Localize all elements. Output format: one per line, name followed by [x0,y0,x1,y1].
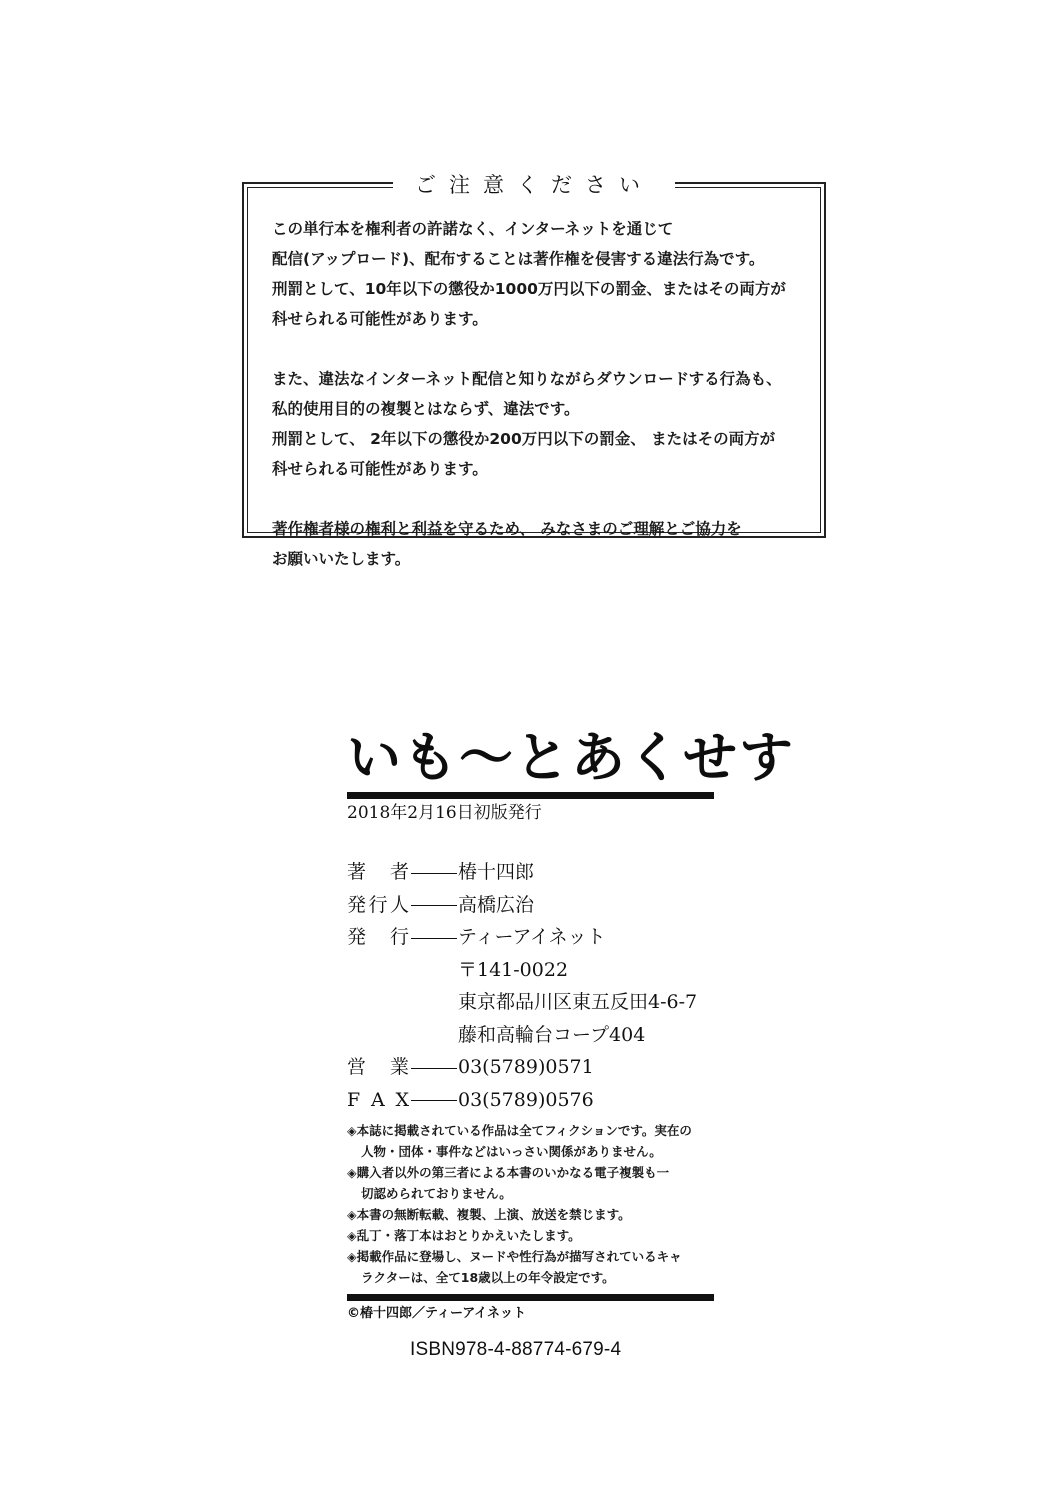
notice-line: 配信(アップロード)、配布することは著作権を侵害する違法行為です。 [272,244,804,274]
legal-notes: ◈本誌に掲載されている作品は全てフィクションです。実在の 人物・団体・事件などは… [347,1120,715,1288]
address-postal-code: 〒141-0022 [347,954,715,987]
credit-label: 発 行 人 [347,889,409,922]
isbn: ISBN978-4-88774-679-4 [347,1339,715,1361]
book-title: いも～とあくせす [347,722,715,792]
notice-paragraph-upload: この単行本を権利者の許諾なく、インターネットを通じて 配信(アップロード)、配布… [272,214,804,334]
bottom-rule [347,1294,714,1301]
notice-line: 刑罰として、 2年以下の懲役か200万円以下の罰金、 またはその両方が [272,424,804,454]
notice-line: 私的使用目的の複製とはならず、違法です。 [272,394,804,424]
credit-publisher: 発 行 ティーアイネット [347,921,715,954]
note-digital-copy: ◈購入者以外の第三者による本書のいかなる電子複製も一 切認められておりません。 [347,1162,715,1204]
address-line-1: 東京都品川区東五反田4-6-7 [347,986,715,1019]
address-line-2: 藤和高輪台コープ404 [347,1019,715,1052]
credit-value: 高橋広治 [458,889,534,922]
contact-fax: F A X 03(5789)0576 [347,1084,715,1117]
notice-line: 刑罰として、10年以下の懲役か1000万円以下の罰金、またはその両方が [272,274,804,304]
note-age-setting: ◈掲載作品に登場し、ヌードや性行為が描写されているキャ ラクターは、全て18歳以… [347,1246,715,1288]
title-rule [347,792,714,799]
notice-line: この単行本を権利者の許諾なく、インターネットを通じて [272,214,804,244]
dash-divider [411,1100,457,1101]
colophon: いも～とあくせす 2018年2月16日初版発行 著 者 椿十四郎 発 行 人 高… [347,722,715,1361]
credit-label: 発 行 [347,921,409,954]
notice-paragraph-download: また、違法なインターネット配信と知りながらダウンロードする行為も、 私的使用目的… [272,364,804,484]
contact-sales: 営 業 03(5789)0571 [347,1051,715,1084]
dash-divider [411,938,457,939]
credit-label: 営 業 [347,1051,409,1084]
note-defective-copies: ◈乱丁・落丁本はおとりかえいたします。 [347,1225,715,1246]
notice-line: また、違法なインターネット配信と知りながらダウンロードする行為も、 [272,364,804,394]
credit-author: 著 者 椿十四郎 [347,856,715,889]
notice-line: お願いいたします。 [272,544,804,574]
credit-publisher-person: 発 行 人 高橋広治 [347,889,715,922]
edition-date: 2018年2月16日初版発行 [347,800,715,826]
notice-body: この単行本を権利者の許諾なく、インターネットを通じて 配信(アップロード)、配布… [272,214,804,574]
notice-line: 著作権者様の権利と利益を守るため、 みなさまのご理解とご協力を [272,514,804,544]
dash-divider [411,905,457,906]
notice-paragraph-request: 著作権者様の権利と利益を守るため、 みなさまのご理解とご協力を お願いいたします… [272,514,804,574]
phone-number: 03(5789)0571 [458,1051,594,1084]
note-reproduction: ◈本書の無断転載、複製、上演、放送を禁じます。 [347,1204,715,1225]
note-fiction: ◈本誌に掲載されている作品は全てフィクションです。実在の 人物・団体・事件などは… [347,1120,715,1162]
notice-title: ご注意ください [393,169,675,199]
copyright-line: ©椿十四郎／ティーアイネット [347,1301,715,1327]
copyright-notice-box: ご注意ください この単行本を権利者の許諾なく、インターネットを通じて 配信(アッ… [242,182,826,538]
credit-value: ティーアイネット [458,921,606,954]
credits: 著 者 椿十四郎 発 行 人 高橋広治 発 行 ティーアイネット 〒141-00… [347,856,715,1116]
dash-divider [411,873,457,874]
notice-line: 科せられる可能性があります。 [272,454,804,484]
credit-label: 著 者 [347,856,409,889]
notice-line: 科せられる可能性があります。 [272,304,804,334]
credit-label: F A X [347,1084,409,1117]
dash-divider [411,1068,457,1069]
fax-number: 03(5789)0576 [458,1084,594,1117]
credit-value: 椿十四郎 [458,856,534,889]
